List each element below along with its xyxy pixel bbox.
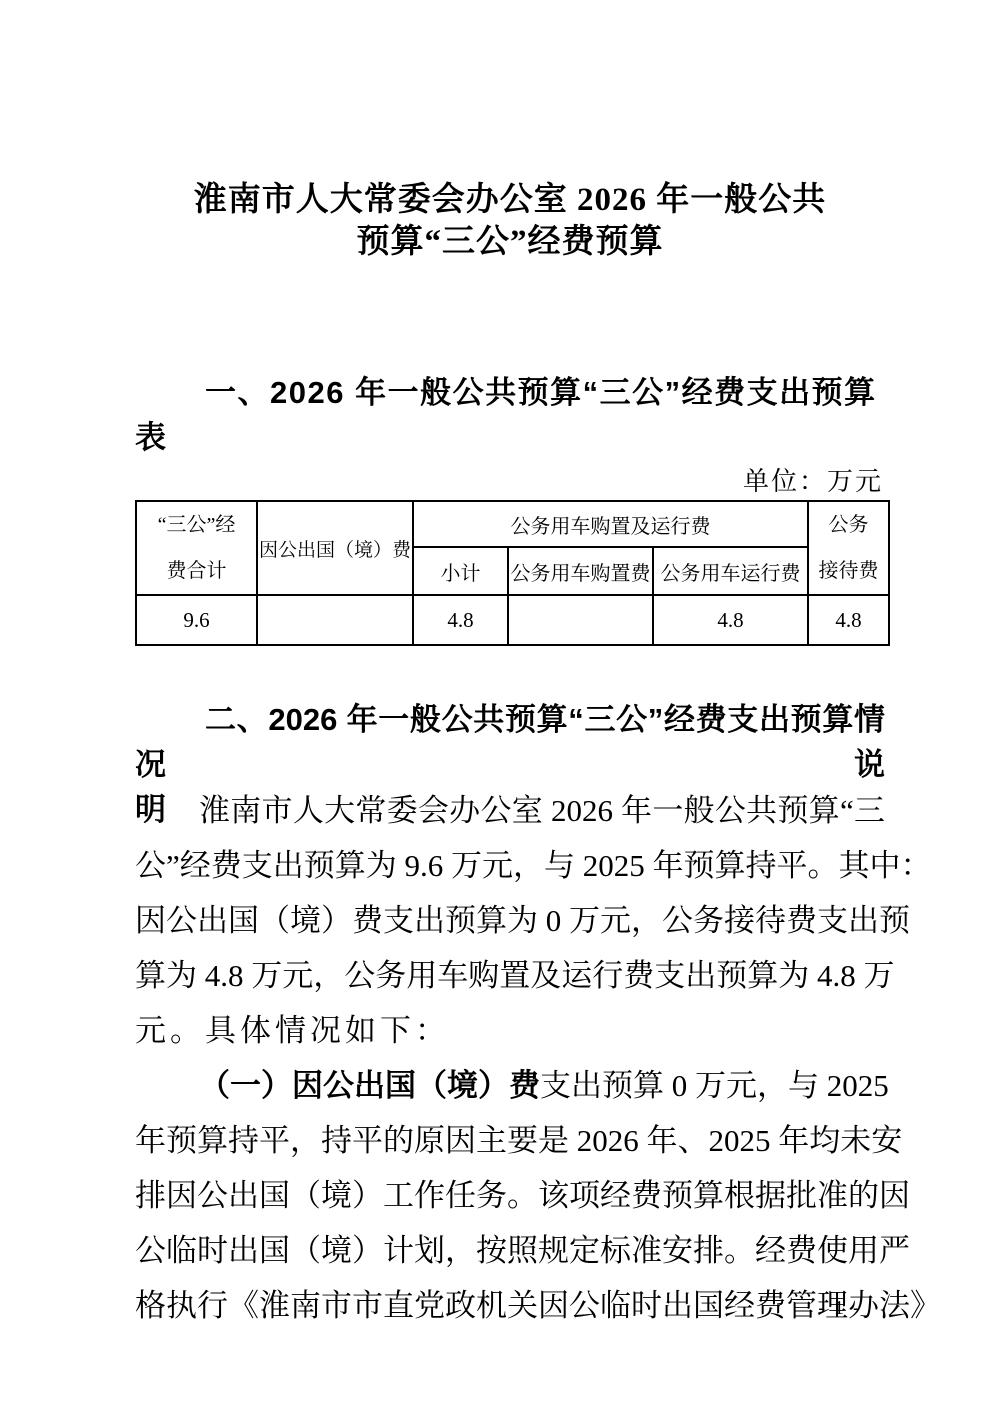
section2-heading-line-1: 二、2026 年一般公共预算“三公”经费支出预算情况说 [135, 697, 885, 787]
header-cell-sangong-total: “三公”经 费合计 [136, 501, 257, 595]
value-vehicle-operation: 4.8 [653, 595, 808, 645]
header-cell-vehicle-purchase: 公务用车购置费 [508, 547, 653, 595]
value-abroad-fee [257, 595, 413, 645]
para1-line-5: 元。具体情况如下： [135, 1003, 885, 1058]
para2-line-1: （一）因公出国（境）费支出预算 0 万元，与 2025 [135, 1058, 885, 1113]
para1-line-2: 公”经费支出预算为 9.6 万元，与 2025 年预算持平。其中： [135, 838, 885, 893]
document-title: 淮南市人大常委会办公室 2026 年一般公共 预算“三公”经费预算 [135, 179, 885, 263]
value-reception-fee: 4.8 [808, 595, 889, 645]
para2-bold-lead: （一）因公出国（境）费 [199, 1068, 540, 1103]
para2-line-1-rest: 支出预算 0 万元，与 2025 [540, 1068, 889, 1103]
para1-line-1: 淮南市人大常委会办公室 2026 年一般公共预算“三 [135, 783, 885, 838]
document-title-line-1: 淮南市人大常委会办公室 2026 年一般公共 [135, 179, 885, 221]
table-header-row-1: “三公”经 费合计 因公出国（境）费 公务用车购置及运行费 公务 接待费 [136, 501, 889, 547]
para1-line-4: 算为 4.8 万元，公务用车购置及运行费支出预算为 4.8 万 [135, 948, 885, 1003]
page-number: - 1 - [800, 1297, 880, 1320]
value-sangong-total: 9.6 [136, 595, 257, 645]
para2-line-2: 年预算持平，持平的原因主要是 2026 年、2025 年均未安 [135, 1113, 885, 1168]
para1-line-3: 因公出国（境）费支出预算为 0 万元，公务接待费支出预 [135, 893, 885, 948]
para2-line-3: 排因公出国（境）工作任务。该项经费预算根据批准的因 [135, 1168, 885, 1223]
value-vehicle-purchase [508, 595, 653, 645]
para2-line-5: 格执行《淮南市市直党政机关因公临时出国经费管理办法》 [135, 1278, 885, 1333]
table-data-row: 9.6 4.8 4.8 4.8 [136, 595, 889, 645]
header-cell-vehicle-subtotal: 小计 [413, 547, 508, 595]
header-cell-vehicle-group: 公务用车购置及运行费 [413, 501, 808, 547]
para2-line-4: 公临时出国（境）计划，按照规定标准安排。经费使用严 [135, 1223, 885, 1278]
document-page: 淮南市人大常委会办公室 2026 年一般公共 预算“三公”经费预算 一、2026… [0, 0, 1000, 1414]
body-text: 淮南市人大常委会办公室 2026 年一般公共预算“三 公”经费支出预算为 9.6… [135, 783, 885, 1333]
value-vehicle-subtotal: 4.8 [413, 595, 508, 645]
header-cell-reception-fee: 公务 接待费 [808, 501, 889, 595]
section1-heading: 一、2026 年一般公共预算“三公”经费支出预算表 [135, 367, 885, 457]
budget-table: “三公”经 费合计 因公出国（境）费 公务用车购置及运行费 公务 接待费 小计 … [135, 500, 890, 646]
unit-label: 单位：万元 [135, 461, 883, 498]
document-title-line-2: 预算“三公”经费预算 [135, 221, 885, 263]
header-cell-abroad-fee: 因公出国（境）费 [257, 501, 413, 595]
header-cell-vehicle-operation: 公务用车运行费 [653, 547, 808, 595]
